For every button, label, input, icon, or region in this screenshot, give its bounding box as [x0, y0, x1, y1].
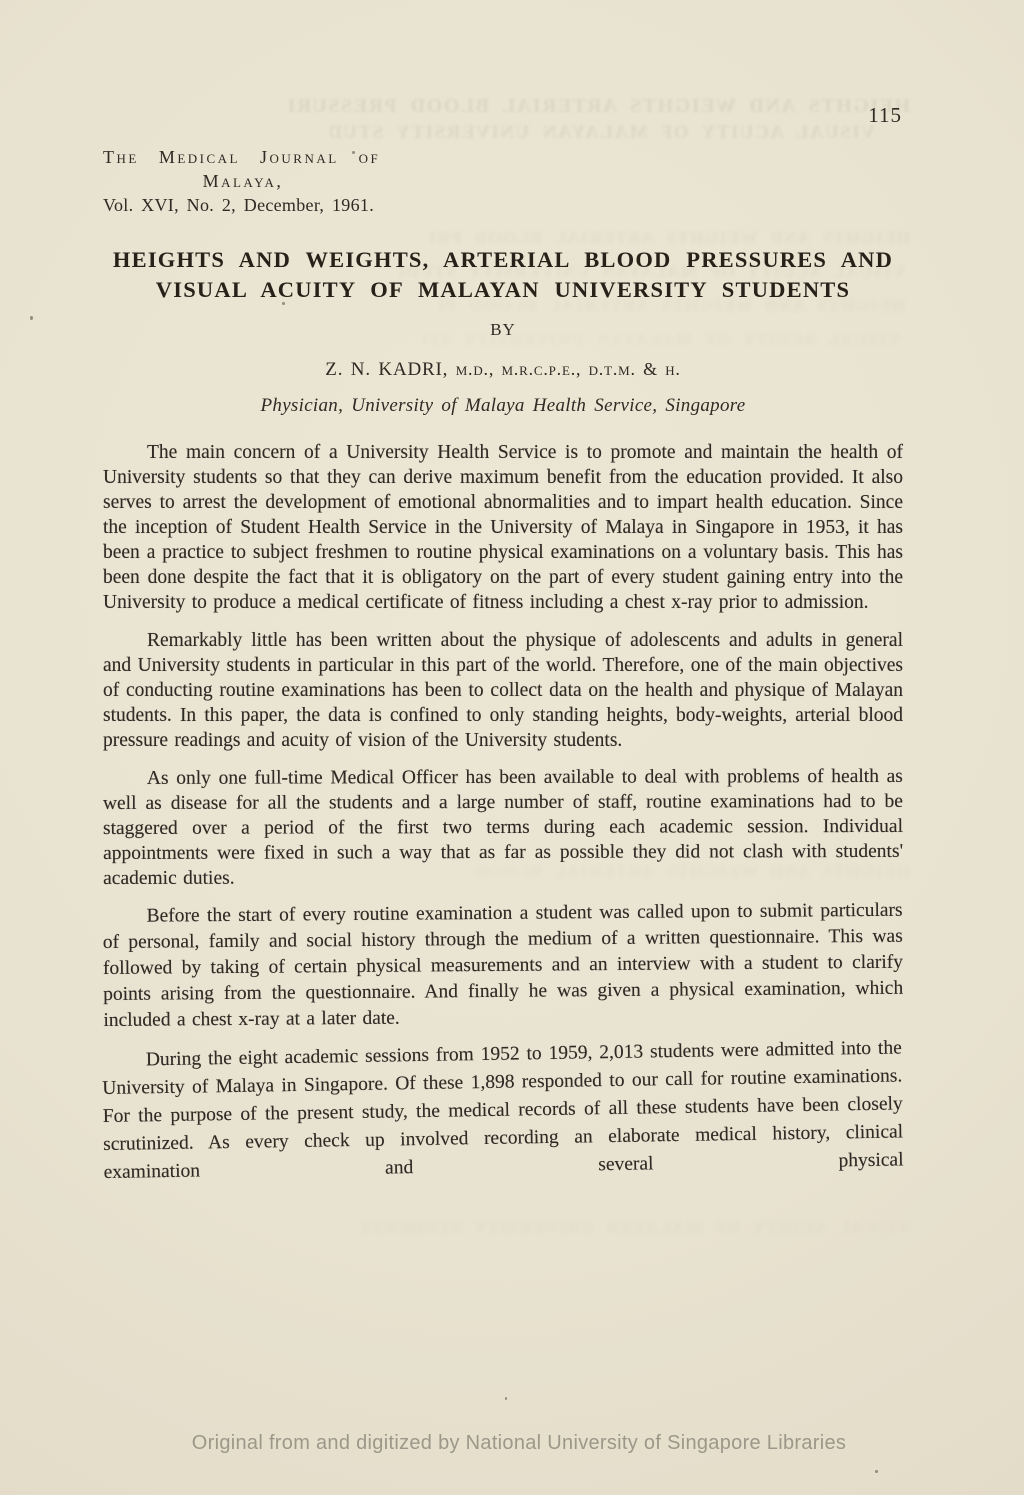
by-label: BY [103, 320, 903, 340]
article-body: The main concern of a University Health … [103, 440, 903, 1187]
scanned-journal-page: HEIGHTS AND WEIGHTS ARTERIAL BLOOD PRESS… [0, 0, 1024, 1495]
author-line: Z. N. KADRI, m.d., m.r.c.p.e., d.t.m. & … [103, 359, 903, 381]
digitization-credit: Original from and digitized by National … [0, 1432, 1024, 1455]
author-affiliation: Physician, University of Malaya Health S… [103, 395, 903, 417]
paragraph: The main concern of a University Health … [103, 440, 903, 615]
journal-masthead: The Medical Journal of Malaya, Vol. XVI,… [103, 145, 433, 217]
paragraph: Before the start of every routine examin… [102, 898, 903, 1034]
scan-speck [505, 1397, 507, 1400]
journal-name-line2: Malaya, [103, 169, 383, 193]
article-title: HEIGHTS AND WEIGHTS, ARTERIAL BLOOD PRES… [103, 245, 903, 305]
journal-volume-line: Vol. XVI, No. 2, December, 1961. [103, 193, 433, 217]
paragraph: During the eight academic sessions from … [102, 1034, 904, 1187]
paragraph: Remarkably little has been written about… [103, 628, 903, 753]
article-title-line1: HEIGHTS AND WEIGHTS, ARTERIAL BLOOD PRES… [103, 245, 903, 275]
article-title-line2: VISUAL ACUITY OF MALAYAN UNIVERSITY STUD… [103, 275, 903, 305]
author-credentials: m.d., m.r.c.p.e., d.t.m. & h. [456, 359, 681, 379]
journal-name-line1: The Medical Journal of [103, 145, 433, 169]
bleedthrough-text: VISUAL ACUITY OF MALAYAN UNIVERSITY STUD… [300, 1218, 910, 1238]
page-content: The Medical Journal of Malaya, Vol. XVI,… [0, 0, 1024, 1187]
scan-speck [875, 1470, 878, 1473]
author-name: Z. N. KADRI, [325, 359, 448, 380]
paragraph: As only one full-time Medical Officer ha… [103, 764, 903, 891]
